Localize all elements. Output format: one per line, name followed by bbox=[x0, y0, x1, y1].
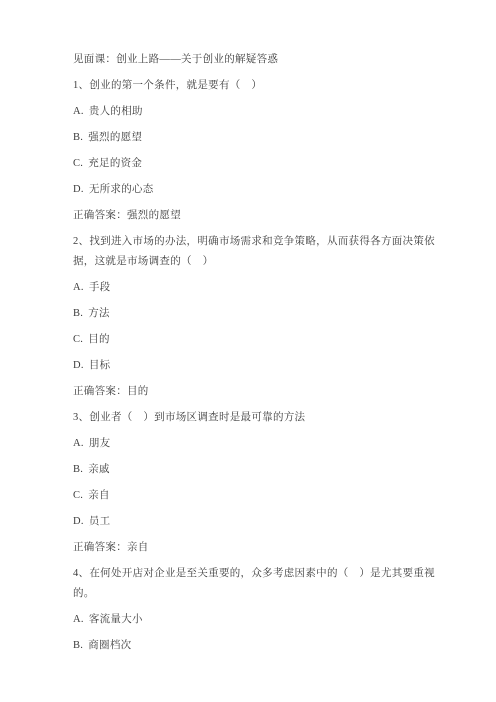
question-block-4: 4、在何处开店对企业是至关重要的，众多考虑因素中的（ ）是尤其要重视的。 A.客… bbox=[73, 564, 450, 656]
option-line: D.目标 bbox=[73, 356, 450, 376]
option-line: C.亲自 bbox=[73, 486, 450, 506]
option-label: C. bbox=[73, 158, 83, 169]
option-text: 商圈档次 bbox=[88, 640, 131, 651]
option-label: D. bbox=[73, 516, 84, 527]
option-line: B.强烈的愿望 bbox=[73, 128, 450, 148]
option-line: C.目的 bbox=[73, 330, 450, 350]
question-text: 1、创业的第一个条件，就是要有（ ） bbox=[73, 76, 450, 96]
option-text: 目标 bbox=[89, 360, 111, 371]
option-line: B.亲戚 bbox=[73, 460, 450, 480]
option-text: 贵人的相助 bbox=[89, 106, 143, 117]
question-block-1: 1、创业的第一个条件，就是要有（ ） A.贵人的相助 B.强烈的愿望 C.充足的… bbox=[73, 76, 450, 226]
answer-line: 正确答案：目的 bbox=[73, 382, 450, 402]
option-label: A. bbox=[73, 106, 84, 117]
option-line: A.手段 bbox=[73, 278, 450, 298]
option-text: 手段 bbox=[89, 282, 111, 293]
question-block-3: 3、创业者（ ）到市场区调查时是最可靠的方法 A.朋友 B.亲戚 C.亲自 D.… bbox=[73, 408, 450, 558]
answer-prefix: 正确答案： bbox=[73, 386, 127, 397]
option-line: B.方法 bbox=[73, 304, 450, 324]
option-label: B. bbox=[73, 640, 83, 651]
answer-prefix: 正确答案： bbox=[73, 542, 127, 553]
option-label: B. bbox=[73, 132, 83, 143]
answer-line: 正确答案：强烈的愿望 bbox=[73, 206, 450, 226]
option-label: C. bbox=[73, 490, 83, 501]
option-label: B. bbox=[73, 308, 83, 319]
option-text: 亲戚 bbox=[88, 464, 110, 475]
doc-title: 见面课：创业上路——关于创业的解疑答惑 bbox=[73, 50, 450, 70]
option-label: C. bbox=[73, 334, 83, 345]
option-line: C.充足的资金 bbox=[73, 154, 450, 174]
question-text: 4、在何处开店对企业是至关重要的，众多考虑因素中的（ ）是尤其要重视的。 bbox=[73, 564, 450, 604]
option-text: 客流量大小 bbox=[89, 614, 143, 625]
option-text: 强烈的愿望 bbox=[88, 132, 142, 143]
answer-line: 正确答案：亲自 bbox=[73, 538, 450, 558]
option-text: 充足的资金 bbox=[88, 158, 142, 169]
option-line: B.商圈档次 bbox=[73, 636, 450, 656]
option-line: A.朋友 bbox=[73, 434, 450, 454]
option-label: B. bbox=[73, 464, 83, 475]
option-label: A. bbox=[73, 614, 84, 625]
answer-text: 亲自 bbox=[127, 542, 149, 553]
option-line: A.客流量大小 bbox=[73, 610, 450, 630]
option-text: 无所求的心态 bbox=[89, 184, 154, 195]
option-line: A.贵人的相助 bbox=[73, 102, 450, 122]
answer-text: 强烈的愿望 bbox=[127, 210, 181, 221]
option-line: D.无所求的心态 bbox=[73, 180, 450, 200]
option-text: 目的 bbox=[88, 334, 110, 345]
option-text: 员工 bbox=[89, 516, 111, 527]
option-text: 亲自 bbox=[88, 490, 110, 501]
option-label: A. bbox=[73, 282, 84, 293]
option-label: D. bbox=[73, 360, 84, 371]
answer-prefix: 正确答案： bbox=[73, 210, 127, 221]
question-block-2: 2、找到进入市场的办法，明确市场需求和竞争策略，从而获得各方面决策依据，这就是市… bbox=[73, 232, 450, 402]
option-label: A. bbox=[73, 438, 84, 449]
option-text: 方法 bbox=[88, 308, 110, 319]
option-label: D. bbox=[73, 184, 84, 195]
document-page: 见面课：创业上路——关于创业的解疑答惑 1、创业的第一个条件，就是要有（ ） A… bbox=[0, 0, 496, 702]
option-line: D.员工 bbox=[73, 512, 450, 532]
question-text: 2、找到进入市场的办法，明确市场需求和竞争策略，从而获得各方面决策依据，这就是市… bbox=[73, 232, 435, 272]
answer-text: 目的 bbox=[127, 386, 149, 397]
question-text: 3、创业者（ ）到市场区调查时是最可靠的方法 bbox=[73, 408, 450, 428]
option-text: 朋友 bbox=[89, 438, 111, 449]
